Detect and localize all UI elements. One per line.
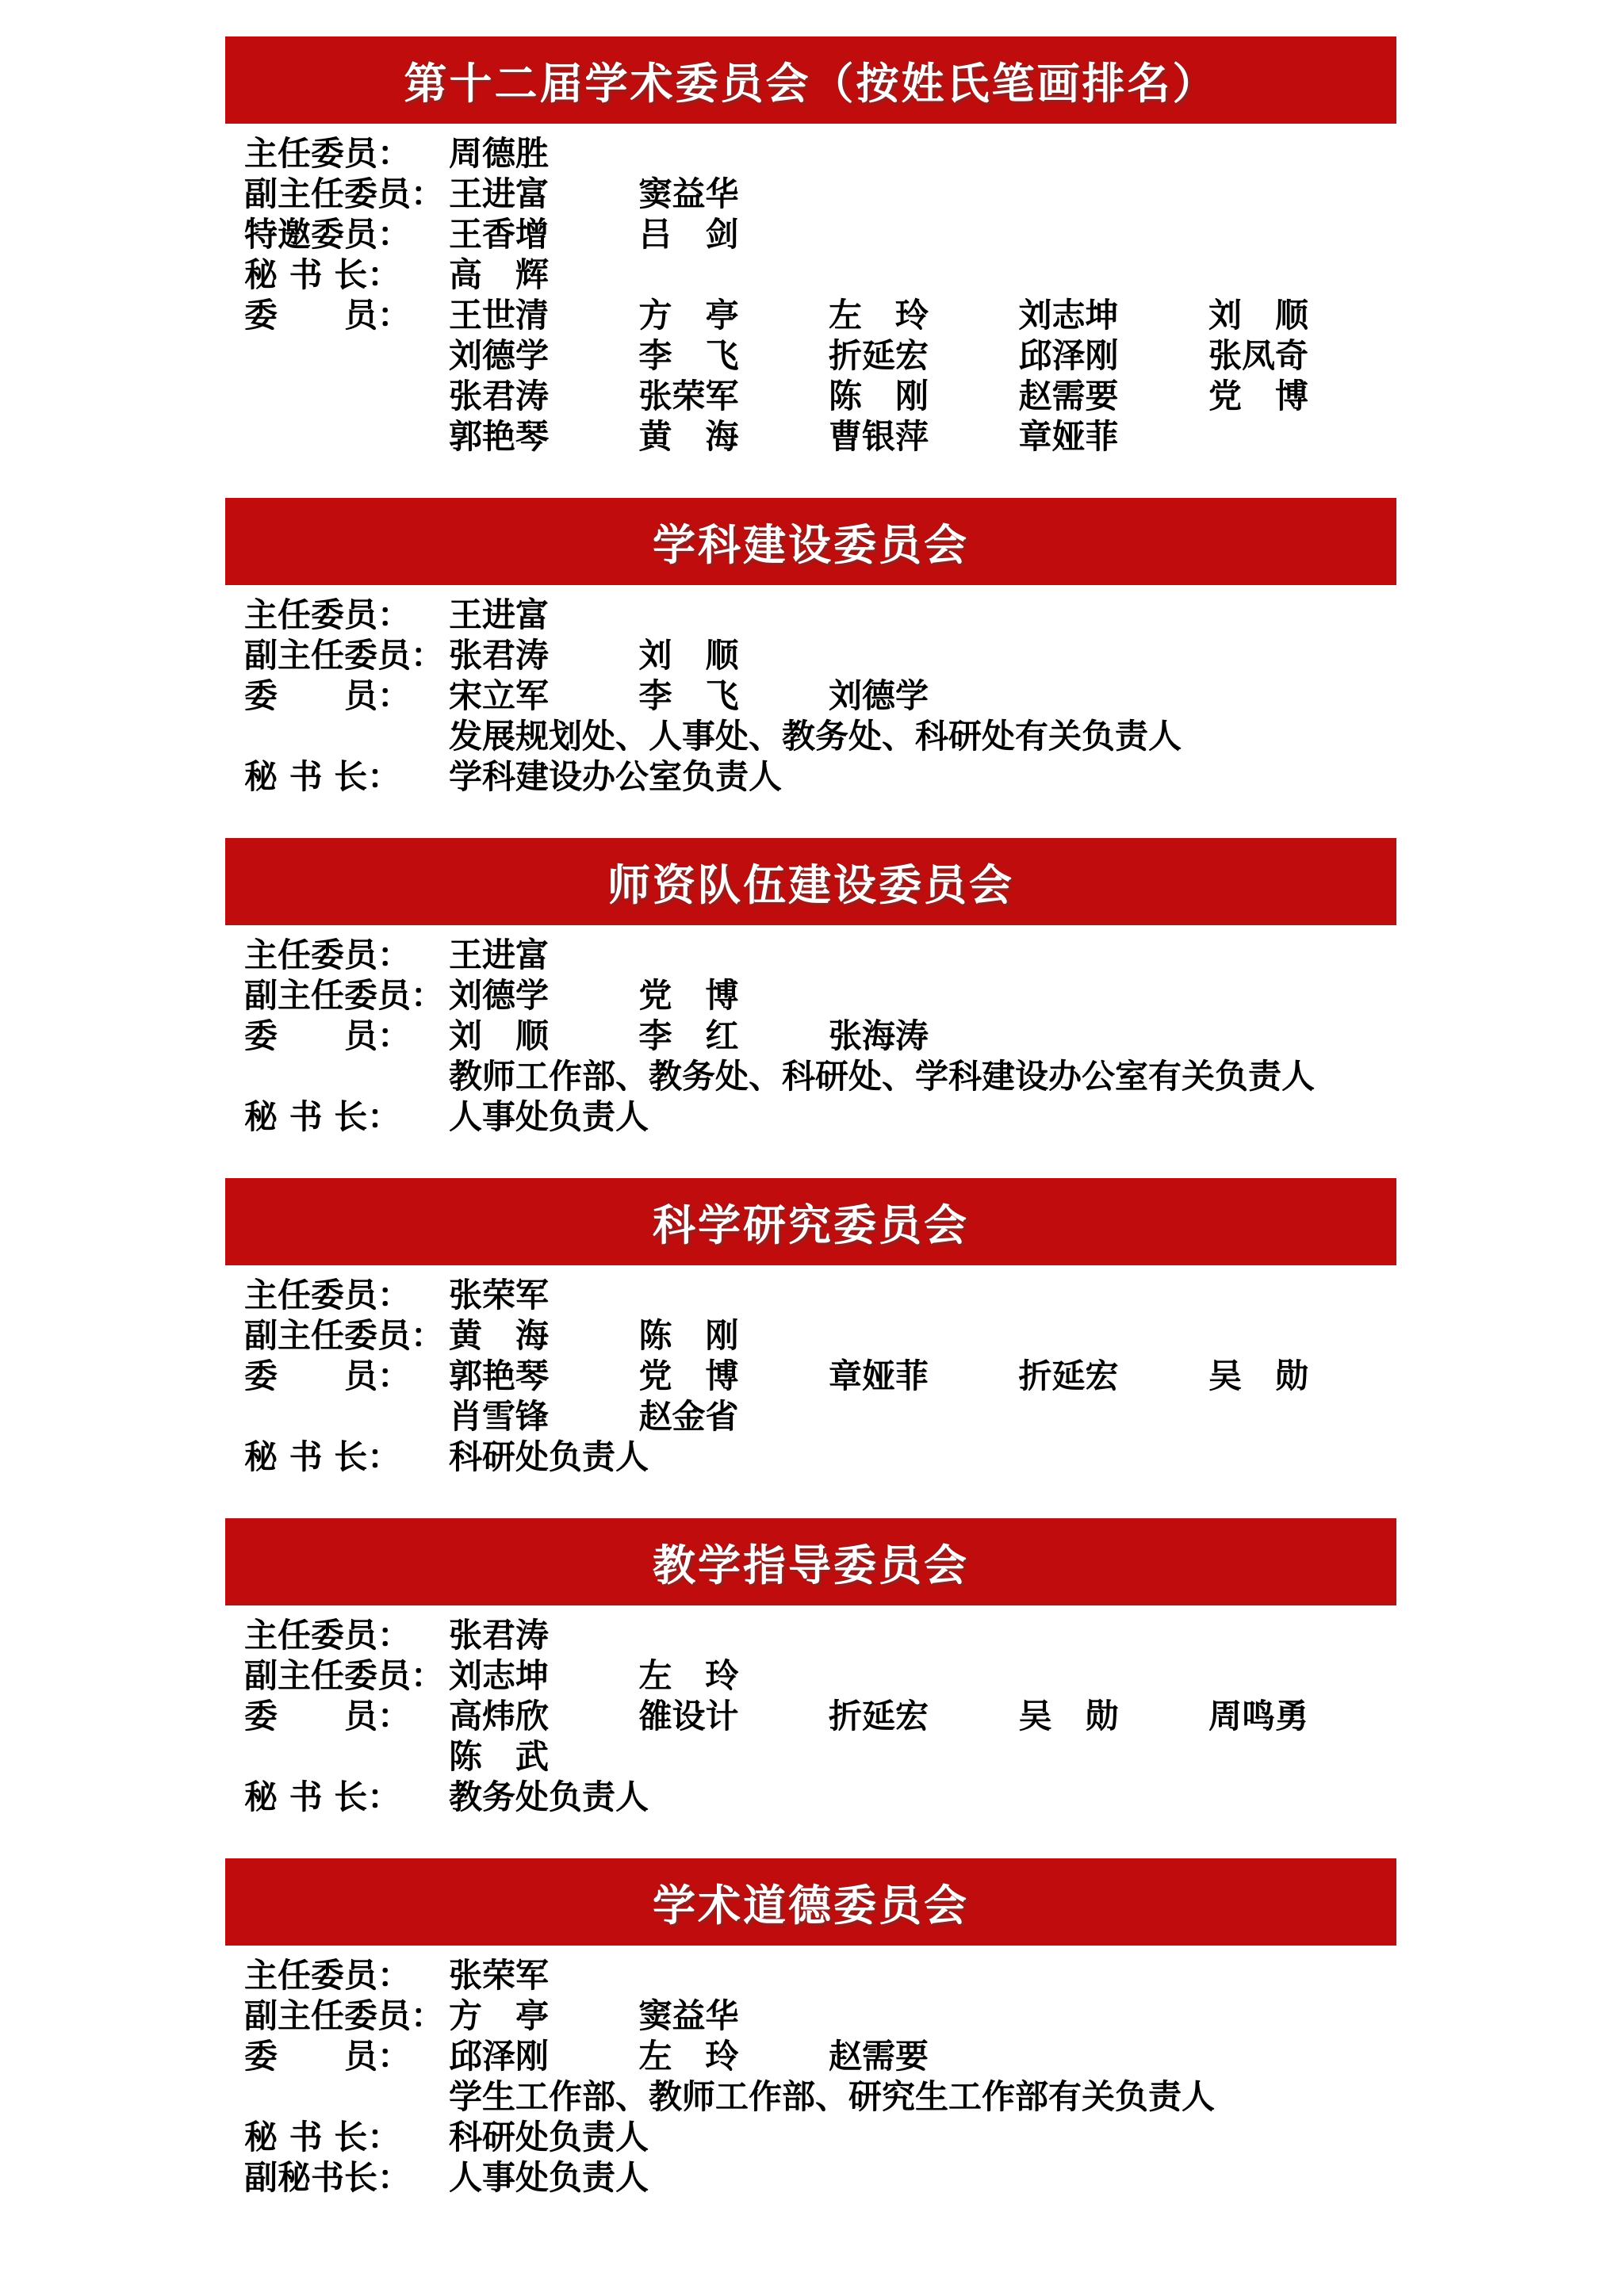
row-label: 委 员：	[244, 675, 449, 716]
member-name: 左 玲	[639, 2036, 829, 2076]
section-rows: 主任委员：周德胜副主任委员：王进富窦益华特邀委员：王香增吕 剑秘 书 长：高 辉…	[225, 124, 1396, 457]
member-name: 邱泽刚	[449, 2036, 639, 2076]
member-name: 党 博	[1208, 376, 1399, 416]
member-name: 刘德学	[449, 335, 639, 376]
member-row: 发展规划处、人事处、教务处、科研处有关负责人	[244, 716, 1396, 756]
member-name: 雒设计	[639, 1696, 829, 1736]
member-row: 张君涛张荣军陈 刚赵需要党 博	[244, 376, 1396, 416]
row-label: 委 员：	[244, 295, 449, 335]
row-label: 主任委员：	[244, 935, 449, 975]
member-name: 张凤奇	[1208, 335, 1399, 376]
section-title: 学术道德委员会	[653, 1872, 969, 1933]
row-label: 委 员：	[244, 1016, 449, 1056]
member-grid: 周德胜	[449, 133, 1399, 174]
row-text: 学生工作部、教师工作部、研究生工作部有关负责人	[449, 2076, 1215, 2117]
row-label: 主任委员：	[244, 1955, 449, 1996]
member-row: 副主任委员：方 亭窦益华	[244, 1996, 1396, 2036]
member-name: 王进富	[449, 935, 639, 975]
member-row: 秘 书 长：教务处负责人	[244, 1777, 1396, 1817]
member-row: 刘德学李 飞折延宏邱泽刚张凤奇	[244, 335, 1396, 376]
member-name: 王进富	[449, 174, 639, 214]
member-grid: 刘志坤左 玲	[449, 1655, 1399, 1696]
member-name: 黄 海	[639, 416, 829, 457]
section-rows: 主任委员：王进富副主任委员：张君涛刘 顺委 员：宋立军李 飞刘德学发展规划处、人…	[225, 585, 1396, 797]
row-label: 副主任委员：	[244, 1315, 449, 1356]
member-name: 王进富	[449, 595, 639, 635]
member-row: 副主任委员：刘德学党 博	[244, 975, 1396, 1016]
section-banner: 师资队伍建设委员会	[225, 838, 1396, 925]
document-page: 第十二届学术委员会（按姓氏笔画排名） 主任委员：周德胜副主任委员：王进富窦益华特…	[0, 0, 1624, 2296]
row-label: 副主任委员：	[244, 1655, 449, 1696]
row-text: 人事处负责人	[449, 2157, 649, 2198]
member-name: 党 博	[639, 1356, 829, 1396]
member-name: 黄 海	[449, 1315, 639, 1356]
member-name: 宋立军	[449, 675, 639, 716]
member-row: 主任委员：王进富	[244, 595, 1396, 635]
section-title: 师资队伍建设委员会	[607, 851, 1014, 913]
member-row: 秘 书 长：学科建设办公室负责人	[244, 756, 1396, 797]
committee-section: 学科建设委员会 主任委员：王进富副主任委员：张君涛刘 顺委 员：宋立军李 飞刘德…	[225, 498, 1396, 797]
member-name: 赵金省	[639, 1396, 829, 1437]
member-name: 党 博	[639, 975, 829, 1016]
member-name: 李 红	[639, 1016, 829, 1056]
row-label: 特邀委员：	[244, 214, 449, 254]
member-name: 陈 刚	[639, 1315, 829, 1356]
row-label: 委 员：	[244, 1356, 449, 1396]
member-name: 李 飞	[639, 675, 829, 716]
section-banner: 科学研究委员会	[225, 1178, 1396, 1265]
section-banner: 学术道德委员会	[225, 1858, 1396, 1946]
member-name: 曹银萍	[829, 416, 1019, 457]
row-label: 秘 书 长：	[244, 1096, 449, 1137]
member-name: 张君涛	[449, 1615, 639, 1655]
member-name: 周德胜	[449, 133, 639, 174]
member-name: 刘 顺	[1208, 295, 1399, 335]
row-label: 秘 书 长：	[244, 1777, 449, 1817]
committee-section: 师资队伍建设委员会 主任委员：王进富副主任委员：刘德学党 博委 员：刘 顺李 红…	[225, 838, 1396, 1137]
row-label: 秘 书 长：	[244, 756, 449, 797]
member-row: 主任委员：张荣军	[244, 1275, 1396, 1315]
member-grid: 方 亭窦益华	[449, 1996, 1399, 2036]
member-name: 刘 顺	[639, 635, 829, 675]
row-label: 主任委员：	[244, 1275, 449, 1315]
section-banner: 学科建设委员会	[225, 498, 1396, 585]
member-grid: 高炜欣雒设计折延宏吴 勋周鸣勇	[449, 1696, 1399, 1736]
member-name: 张君涛	[449, 376, 639, 416]
row-text: 科研处负责人	[449, 2117, 649, 2157]
member-grid: 王进富	[449, 595, 1399, 635]
row-label: 副秘书长：	[244, 2157, 449, 2198]
member-name: 刘志坤	[449, 1655, 639, 1696]
member-grid: 刘德学李 飞折延宏邱泽刚张凤奇	[449, 335, 1399, 376]
section-rows: 主任委员：张君涛副主任委员：刘志坤左 玲委 员：高炜欣雒设计折延宏吴 勋周鸣勇陈…	[225, 1605, 1396, 1817]
row-label: 主任委员：	[244, 595, 449, 635]
member-grid: 张荣军	[449, 1955, 1399, 1996]
member-grid: 陈 武	[449, 1736, 1399, 1777]
member-name: 李 飞	[639, 335, 829, 376]
member-grid: 王进富	[449, 935, 1399, 975]
row-text: 教师工作部、教务处、科研处、学科建设办公室有关负责人	[449, 1056, 1315, 1096]
member-grid: 郭艳琴党 博章娅菲折延宏吴 勋	[449, 1356, 1399, 1396]
member-row: 委 员：郭艳琴党 博章娅菲折延宏吴 勋	[244, 1356, 1396, 1396]
section-banner: 第十二届学术委员会（按姓氏笔画排名）	[225, 36, 1396, 124]
member-name: 王世清	[449, 295, 639, 335]
member-name: 周鸣勇	[1208, 1696, 1399, 1736]
section-rows: 主任委员：王进富副主任委员：刘德学党 博委 员：刘 顺李 红张海涛教师工作部、教…	[225, 925, 1396, 1137]
row-text: 人事处负责人	[449, 1096, 649, 1137]
member-row: 委 员：高炜欣雒设计折延宏吴 勋周鸣勇	[244, 1696, 1396, 1736]
member-name: 吴 勋	[1019, 1696, 1209, 1736]
row-text: 教务处负责人	[449, 1777, 649, 1817]
row-label: 秘 书 长：	[244, 2117, 449, 2157]
member-row: 郭艳琴黄 海曹银萍章娅菲	[244, 416, 1396, 457]
member-name: 吕 剑	[639, 214, 829, 254]
row-label: 副主任委员：	[244, 1996, 449, 2036]
member-grid: 王进富窦益华	[449, 174, 1399, 214]
member-row: 主任委员：张君涛	[244, 1615, 1396, 1655]
section-title: 第十二届学术委员会（按姓氏笔画排名）	[404, 50, 1218, 111]
member-name: 折延宏	[829, 335, 1019, 376]
member-name: 肖雪锋	[449, 1396, 639, 1437]
section-rows: 主任委员：张荣军副主任委员：黄 海陈 刚委 员：郭艳琴党 博章娅菲折延宏吴 勋肖…	[225, 1265, 1396, 1477]
committee-sections: 第十二届学术委员会（按姓氏笔画排名） 主任委员：周德胜副主任委员：王进富窦益华特…	[225, 36, 1396, 2198]
member-name: 窦益华	[639, 174, 829, 214]
member-name: 左 玲	[639, 1655, 829, 1696]
member-name: 高炜欣	[449, 1696, 639, 1736]
member-row: 副主任委员：黄 海陈 刚	[244, 1315, 1396, 1356]
row-text: 发展规划处、人事处、教务处、科研处有关负责人	[449, 716, 1182, 756]
member-row: 秘 书 长：高 辉	[244, 254, 1396, 295]
member-name: 折延宏	[1019, 1356, 1209, 1396]
member-name: 左 玲	[829, 295, 1019, 335]
member-row: 特邀委员：王香增吕 剑	[244, 214, 1396, 254]
member-row: 陈 武	[244, 1736, 1396, 1777]
member-grid: 张君涛张荣军陈 刚赵需要党 博	[449, 376, 1399, 416]
member-grid: 邱泽刚左 玲赵需要	[449, 2036, 1399, 2076]
member-row: 主任委员：张荣军	[244, 1955, 1396, 1996]
member-row: 秘 书 长：人事处负责人	[244, 1096, 1396, 1137]
row-label: 主任委员：	[244, 1615, 449, 1655]
section-rows: 主任委员：张荣军副主任委员：方 亭窦益华委 员：邱泽刚左 玲赵需要学生工作部、教…	[225, 1946, 1396, 2198]
member-row: 教师工作部、教务处、科研处、学科建设办公室有关负责人	[244, 1056, 1396, 1096]
member-name: 章娅菲	[829, 1356, 1019, 1396]
member-grid: 张君涛刘 顺	[449, 635, 1399, 675]
section-title: 教学指导委员会	[653, 1532, 969, 1593]
row-label: 秘 书 长：	[244, 254, 449, 295]
member-name: 窦益华	[639, 1996, 829, 2036]
member-row: 副主任委员：刘志坤左 玲	[244, 1655, 1396, 1696]
member-row: 主任委员：王进富	[244, 935, 1396, 975]
committee-section: 第十二届学术委员会（按姓氏笔画排名） 主任委员：周德胜副主任委员：王进富窦益华特…	[225, 36, 1396, 457]
member-row: 委 员：王世清方 亭左 玲刘志坤刘 顺	[244, 295, 1396, 335]
member-name: 陈 武	[449, 1736, 639, 1777]
row-label: 委 员：	[244, 1696, 449, 1736]
member-grid: 黄 海陈 刚	[449, 1315, 1399, 1356]
member-name: 张荣军	[449, 1275, 639, 1315]
member-name: 刘德学	[449, 975, 639, 1016]
member-name: 王香增	[449, 214, 639, 254]
member-name: 刘 顺	[449, 1016, 639, 1056]
committee-section: 教学指导委员会 主任委员：张君涛副主任委员：刘志坤左 玲委 员：高炜欣雒设计折延…	[225, 1518, 1396, 1817]
member-name: 刘德学	[829, 675, 1019, 716]
member-name: 赵需要	[829, 2036, 1019, 2076]
member-name: 吴 勋	[1208, 1356, 1399, 1396]
row-text: 科研处负责人	[449, 1437, 649, 1477]
member-name: 刘志坤	[1019, 295, 1209, 335]
row-label: 副主任委员：	[244, 975, 449, 1016]
section-title: 科学研究委员会	[653, 1192, 969, 1253]
member-grid: 王香增吕 剑	[449, 214, 1399, 254]
member-name: 张荣军	[449, 1955, 639, 1996]
member-row: 副秘书长：人事处负责人	[244, 2157, 1396, 2198]
member-row: 副主任委员：王进富窦益华	[244, 174, 1396, 214]
member-grid: 刘 顺李 红张海涛	[449, 1016, 1399, 1056]
committee-section: 科学研究委员会 主任委员：张荣军副主任委员：黄 海陈 刚委 员：郭艳琴党 博章娅…	[225, 1178, 1396, 1477]
row-label: 主任委员：	[244, 133, 449, 174]
member-grid: 张君涛	[449, 1615, 1399, 1655]
member-row: 学生工作部、教师工作部、研究生工作部有关负责人	[244, 2076, 1396, 2117]
section-banner: 教学指导委员会	[225, 1518, 1396, 1605]
member-name: 陈 刚	[829, 376, 1019, 416]
member-name: 张海涛	[829, 1016, 1019, 1056]
member-name: 折延宏	[829, 1696, 1019, 1736]
member-row: 秘 书 长：科研处负责人	[244, 1437, 1396, 1477]
member-row: 主任委员：周德胜	[244, 133, 1396, 174]
member-grid: 宋立军李 飞刘德学	[449, 675, 1399, 716]
member-row: 委 员：刘 顺李 红张海涛	[244, 1016, 1396, 1056]
member-row: 副主任委员：张君涛刘 顺	[244, 635, 1396, 675]
row-label: 委 员：	[244, 2036, 449, 2076]
member-name: 高 辉	[449, 254, 639, 295]
member-grid: 肖雪锋赵金省	[449, 1396, 1399, 1437]
member-name: 郭艳琴	[449, 416, 639, 457]
committee-section: 学术道德委员会 主任委员：张荣军副主任委员：方 亭窦益华委 员：邱泽刚左 玲赵需…	[225, 1858, 1396, 2198]
member-name: 方 亭	[639, 295, 829, 335]
member-grid: 王世清方 亭左 玲刘志坤刘 顺	[449, 295, 1399, 335]
member-name: 赵需要	[1019, 376, 1209, 416]
row-text: 学科建设办公室负责人	[449, 756, 782, 797]
member-grid: 郭艳琴黄 海曹银萍章娅菲	[449, 416, 1399, 457]
section-title: 学科建设委员会	[653, 511, 969, 572]
member-row: 肖雪锋赵金省	[244, 1396, 1396, 1437]
member-grid: 高 辉	[449, 254, 1399, 295]
member-name: 邱泽刚	[1019, 335, 1209, 376]
row-label: 副主任委员：	[244, 635, 449, 675]
row-label: 秘 书 长：	[244, 1437, 449, 1477]
member-grid: 张荣军	[449, 1275, 1399, 1315]
member-grid: 刘德学党 博	[449, 975, 1399, 1016]
member-name: 章娅菲	[1019, 416, 1209, 457]
member-row: 委 员：邱泽刚左 玲赵需要	[244, 2036, 1396, 2076]
member-row: 委 员：宋立军李 飞刘德学	[244, 675, 1396, 716]
row-label: 副主任委员：	[244, 174, 449, 214]
member-name: 方 亭	[449, 1996, 639, 2036]
member-name: 郭艳琴	[449, 1356, 639, 1396]
member-row: 秘 书 长：科研处负责人	[244, 2117, 1396, 2157]
member-name: 张君涛	[449, 635, 639, 675]
member-name: 张荣军	[639, 376, 829, 416]
